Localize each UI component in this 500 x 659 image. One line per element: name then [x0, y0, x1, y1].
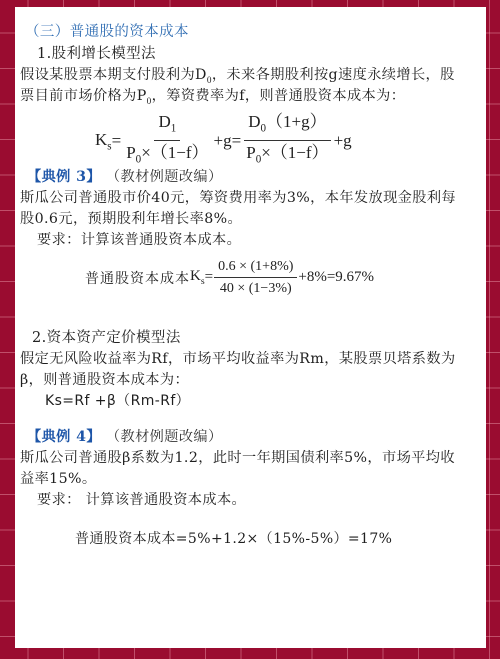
method1-desc-line2: 票目前市场价格为P0，筹资费率为f，则普通股资本成本为：: [20, 87, 405, 110]
dividend-growth-formula: Ks = D1 P0×（1−f） +g= D0（1+g） P0×（1−f） +g: [95, 111, 352, 171]
solution-result: +8%=9.67%: [298, 269, 374, 286]
example-note: （教材例题改编）: [106, 429, 223, 445]
example4-line1: 斯瓜公司普通股β系数为1.2，此时一年期国债利率5%，市场平均收: [20, 449, 455, 467]
solution-lhs: Ks: [190, 268, 205, 287]
equals-sign: =: [112, 131, 122, 151]
example3-requirement: 要求：计算该普通股资本成本。: [37, 231, 241, 249]
example-note: （教材例题改编）: [106, 169, 223, 185]
section-title: （三）普通股的资本成本: [25, 23, 189, 41]
document-card: （三）普通股的资本成本 1.股利增长模型法 假设某股票本期支付股利为D0，未来各…: [15, 7, 486, 648]
example-tag: 【典例 3】: [27, 169, 101, 185]
example3-line1: 斯瓜公司普通股市价40元，筹资费用率为3%，本年发放现金股利每: [20, 189, 456, 207]
desc-text: 票目前市场价格为P: [20, 88, 147, 104]
method2-desc-line2: β，则普通股资本成本为：: [20, 371, 189, 389]
fraction-2: D0（1+g） P0×（1−f）: [242, 111, 332, 171]
desc-text: 假设某股票本期支付股利为D: [20, 67, 207, 83]
plus-g: +g: [334, 131, 352, 151]
example4-line2: 益率15%。: [20, 470, 97, 488]
method1-desc-line1: 假设某股票本期支付股利为D0，未来各期股利按g速度永续增长，股: [20, 66, 455, 89]
solution-fraction: 0.6 × (1+8%) 40 × (1−3%): [214, 257, 297, 298]
method2-desc-line1: 假定无风险收益率为Rf，市场平均收益率为Rm，某股票贝塔系数为: [20, 350, 456, 368]
desc-text: ，筹资费率为f，则普通股资本成本为：: [152, 88, 406, 104]
equals-sign: =: [205, 269, 213, 286]
capm-formula: Ks=Rf +β（Rm-Rf）: [45, 392, 190, 410]
plus-g: +g=: [214, 131, 242, 151]
fraction-1: D1 P0×（1−f）: [122, 111, 212, 171]
example-tag: 【典例 4】: [27, 429, 101, 445]
example4-solution: 普通股资本成本=5%+1.2×（15%-5%）=17%: [75, 530, 392, 548]
example3-solution: 普通股资本成本 Ks = 0.6 × (1+8%) 40 × (1−3%) +8…: [85, 257, 374, 298]
solution-label: 普通股资本成本: [85, 268, 190, 288]
method1-title: 1.股利增长模型法: [37, 45, 156, 63]
formula-lhs: Ks: [95, 130, 112, 152]
example4-requirement: 要求： 计算该普通股资本成本。: [37, 491, 246, 509]
desc-text: ，未来各期股利按g速度永续增长，股: [212, 67, 455, 83]
example3-header: 【典例 3】 （教材例题改编）: [27, 168, 223, 186]
example4-header: 【典例 4】 （教材例题改编）: [27, 428, 223, 446]
example3-line2: 股0.6元，预期股利年增长率8%。: [20, 210, 242, 228]
method2-title: 2.资本资产定价模型法: [32, 329, 181, 347]
